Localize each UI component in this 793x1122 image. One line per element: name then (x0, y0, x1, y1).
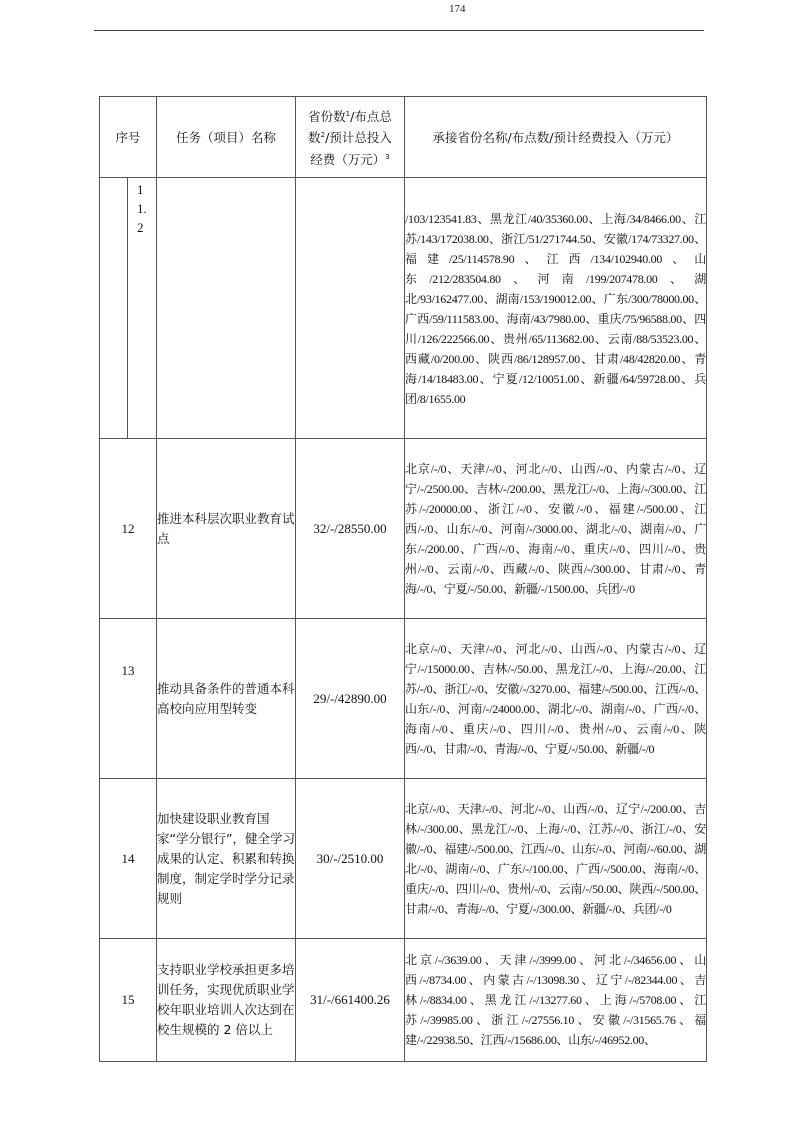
task-name-cell: 推动具备条件的普通本科高校向应用型转变 (157, 619, 296, 779)
detail-cell: /103/123541.83、黑龙江/40/35360.00、上海/34/846… (405, 178, 707, 439)
total-cell: 30/-/2510.00 (296, 779, 405, 939)
detail-text: 北京/-/0、天津/-/0、河北/-/0、山西/-/0、辽宁/-/200.00、… (405, 799, 706, 919)
task-table: 序号 任务（项目）名称 省份数1/布点总数2/预计总投入经费（万元）3 承接省份… (99, 96, 707, 1062)
header-row: 序号 任务（项目）名称 省份数1/布点总数2/预计总投入经费（万元）3 承接省份… (100, 97, 707, 178)
table-row: 13 推动具备条件的普通本科高校向应用型转变 29/-/42890.00 北京/… (100, 619, 707, 779)
total-cell: 29/-/42890.00 (296, 619, 405, 779)
table-row: 15 支持职业学校承担更多培训任务，实现优质职业学校年职业培训人次达到在校生规模… (100, 939, 707, 1062)
header-total: 省份数1/布点总数2/预计总投入经费（万元）3 (296, 97, 405, 178)
detail-text: 北京/-/0、天津/-/0、河北/-/0、山西/-/0、内蒙古/-/0、辽宁/-… (405, 639, 706, 759)
table-row: 14 加快建设职业教育国家“学分银行”，健全学习成果的认定、积累和转换制度，制定… (100, 779, 707, 939)
task-name-cell (157, 178, 296, 439)
seq-cell: 15 (100, 939, 157, 1062)
detail-text: 北京/-/3639.00、天津/-/3999.00、河北/-/34656.00、… (405, 950, 706, 1050)
table-row: 12 推进本科层次职业教育试点 32/-/28550.00 北京/-/0、天津/… (100, 439, 707, 619)
total-cell: 31/-/661400.26 (296, 939, 405, 1062)
header-rule (94, 30, 704, 31)
header-total-a: 省份数 (308, 109, 346, 124)
detail-cell: 北京/-/0、天津/-/0、河北/-/0、山西/-/0、内蒙古/-/0、辽宁/-… (405, 439, 707, 619)
detail-cell: 北京/-/3639.00、天津/-/3999.00、河北/-/34656.00、… (405, 939, 707, 1062)
seq-cell: 13 (100, 619, 157, 779)
seq-cell: 14 (100, 779, 157, 939)
header-name: 任务（项目）名称 (157, 97, 296, 178)
task-name-cell: 支持职业学校承担更多培训任务，实现优质职业学校年职业培训人次达到在校生规模的 2… (157, 939, 296, 1062)
seq-parent-cell (100, 178, 128, 438)
page-number: 174 (449, 3, 466, 15)
total-cell (296, 178, 405, 439)
detail-text: /103/123541.83、黑龙江/40/35360.00、上海/34/846… (405, 209, 706, 409)
task-name-cell: 推进本科层次职业教育试点 (157, 439, 296, 619)
detail-cell: 北京/-/0、天津/-/0、河北/-/0、山西/-/0、辽宁/-/200.00、… (405, 779, 707, 939)
total-cell: 32/-/28550.00 (296, 439, 405, 619)
sub-seq-cell: 11.2 (128, 178, 156, 438)
task-name-cell: 加快建设职业教育国家“学分银行”，健全学习成果的认定、积累和转换制度，制定学时学… (157, 779, 296, 939)
detail-cell: 北京/-/0、天津/-/0、河北/-/0、山西/-/0、内蒙古/-/0、辽宁/-… (405, 619, 707, 779)
seq-cell: 12 (100, 439, 157, 619)
seq-cell: 11.2 (100, 178, 157, 439)
header-detail: 承接省份名称/布点数/预计经费投入（万元） (405, 97, 707, 178)
footnote-3: 3 (385, 153, 389, 161)
table-row: 11.2 /103/123541.83、黑龙江/40/35360.00、上海/3… (100, 178, 707, 439)
header-seq: 序号 (100, 97, 157, 178)
detail-text: 北京/-/0、天津/-/0、河北/-/0、山西/-/0、内蒙古/-/0、辽宁/-… (405, 459, 706, 599)
